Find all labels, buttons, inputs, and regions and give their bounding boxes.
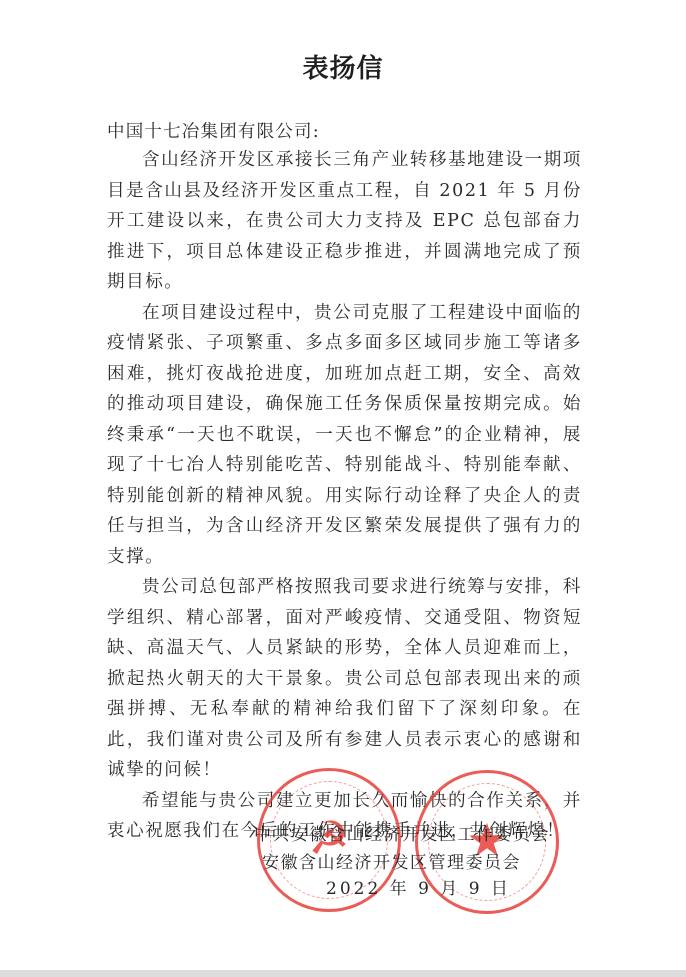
signature-party-committee: 中共安徽含山经济开发区工作委员会 [254, 820, 584, 845]
signature-management-committee: 安徽含山经济开发区管理委员会 [262, 848, 592, 873]
paragraph-1: 含山经济开发区承接长三角产业转移基地建设一期项目是含山县及经济开发区重点工程，自… [107, 145, 582, 298]
salutation: 中国十七冶集团有限公司: [107, 118, 320, 143]
paragraph-3: 贵公司总包部严格按照我司要求进行统筹与安排，科学组织、精心部署，面对严峻疫情、交… [107, 572, 582, 786]
letter-body: 含山经济开发区承接长三角产业转移基地建设一期项目是含山县及经济开发区重点工程，自… [107, 145, 582, 847]
page-bottom-edge [0, 970, 686, 977]
paragraph-2: 在项目建设过程中，贵公司克服了工程建设中面临的疫情紧张、子项繁重、多点多面多区域… [107, 298, 582, 573]
letter-date: 2022 年 9 月 9 日 [326, 874, 656, 899]
letter-page: 表扬信 中国十七冶集团有限公司: 含山经济开发区承接长三角产业转移基地建设一期项… [0, 0, 686, 970]
document-title: 表扬信 [0, 48, 686, 85]
